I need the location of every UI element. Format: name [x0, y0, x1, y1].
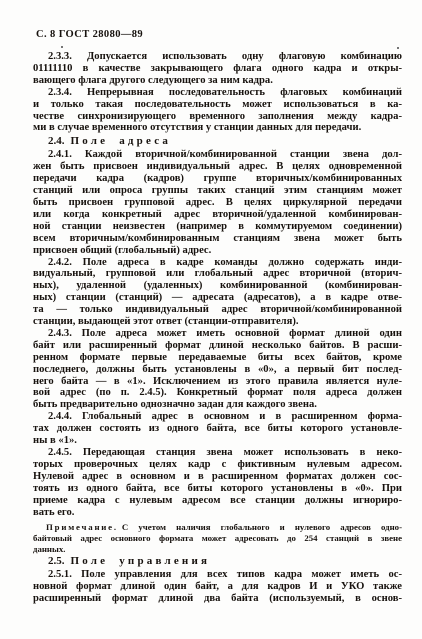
- note-line: данных.: [33, 544, 402, 555]
- body-line: 2.4.5. Передающая станция звена может ис…: [33, 447, 402, 459]
- document-body: 2.3.3. Допускается использовать одну фла…: [33, 51, 402, 605]
- paragraph: 2.3.4. Непрерывная последовательность фл…: [33, 87, 402, 135]
- body-line: быть предварительно однозначно задан для…: [33, 399, 402, 411]
- body-line: всем вторичным/комбинированным станциям …: [33, 233, 402, 245]
- note-line: Примечание.С учетом наличия глобального …: [33, 522, 402, 533]
- body-line: приеме кадра с нулевым адресом все станц…: [33, 495, 402, 507]
- note-label: Примечание.: [46, 522, 118, 532]
- section-heading: 2.5.Поле управления: [33, 555, 402, 568]
- section-number: 2.5.: [48, 555, 65, 567]
- paragraph: 2.4.4. Глобальный адрес в основном и в р…: [33, 411, 402, 447]
- body-line: новной формат длиной один байт, а для ка…: [33, 581, 402, 593]
- body-line: 01111110 в качестве закрывающего флага о…: [33, 63, 402, 75]
- scan-speck: [397, 47, 399, 49]
- section-title: Поле управления: [71, 555, 211, 567]
- body-line: 2.4.4. Глобальный адрес в основном и в р…: [33, 411, 402, 423]
- body-line: байт или расширенный формат длиной неско…: [33, 340, 402, 352]
- body-line: 2.5.1. Поле управления для всех типов ка…: [33, 569, 402, 581]
- body-line: ных), удаленной (удаленных) комбинирован…: [33, 280, 402, 292]
- body-line: тах должен состоять из одного байта, все…: [33, 423, 402, 435]
- note-line: байтовый адрес основного формата может а…: [33, 533, 402, 544]
- body-line: присвоен общий (глобальный) адрес.: [33, 245, 402, 257]
- body-line: него байта — в «1». Исключением из этого…: [33, 376, 402, 388]
- body-line: вать его.: [33, 507, 402, 519]
- body-line: передачи кадра (кадров) группе вторичных…: [33, 173, 402, 185]
- section-heading: 2.4.Поле адреса: [33, 135, 402, 148]
- body-line: ми в случае временного отсутствия у стан…: [33, 122, 402, 134]
- body-line: расширенный формат длиной два байта (исп…: [33, 593, 402, 605]
- paragraph: 2.4.3. Поле адреса может иметь основной …: [33, 328, 402, 411]
- body-line: видуальный, групповой или глобальный адр…: [33, 268, 402, 280]
- scan-speck: [61, 46, 63, 48]
- body-line: торых проверочных целях кадр с фиктивным…: [33, 459, 402, 471]
- body-line: жен быть присвоен индивидуальный адрес. …: [33, 161, 402, 173]
- paragraph: 2.4.2. Поле адреса в кадре команды должн…: [33, 257, 402, 328]
- section-number: 2.4.: [48, 135, 65, 147]
- body-line: тоять из одного байта, все биты которого…: [33, 483, 402, 495]
- document-page: С. 8 ГОСТ 28080—89 2.3.3. Допускается ис…: [0, 0, 422, 639]
- page-header: С. 8 ГОСТ 28080—89: [36, 29, 143, 40]
- body-line: честве синхронизирующего временного запо…: [33, 111, 402, 123]
- body-line: ны в «1».: [33, 435, 402, 447]
- body-line: последнего, должны быть установлены в «0…: [33, 364, 402, 376]
- paragraph: 2.4.5. Передающая станция звена может ис…: [33, 447, 402, 518]
- body-line: быть присвоен групповой адрес. В целях ц…: [33, 197, 402, 209]
- body-line: 2.4.3. Поле адреса может иметь основной …: [33, 328, 402, 340]
- body-line: 2.4.1. Каждой вторичной/комбинированной …: [33, 149, 402, 161]
- body-line: вающего флага другого следующего за ним …: [33, 75, 402, 87]
- note-paragraph: Примечание.С учетом наличия глобального …: [33, 522, 402, 554]
- body-line: и только такая последовательность может …: [33, 99, 402, 111]
- section-title: Поле адреса: [71, 135, 172, 147]
- body-line: 2.3.3. Допускается использовать одну фла…: [33, 51, 402, 63]
- body-line: вой адрес (по п. 2.4.5). Конкретный форм…: [33, 387, 402, 399]
- body-line: 2.3.4. Непрерывная последовательность фл…: [33, 87, 402, 99]
- body-line: та — только индивидуальный адрес вторичн…: [33, 304, 402, 316]
- paragraph: 2.3.3. Допускается использовать одну фла…: [33, 51, 402, 87]
- body-line: ренном формате первые передаваемые биты …: [33, 352, 402, 364]
- body-line: ной станции неизвестен (например в комму…: [33, 221, 402, 233]
- body-line: Нулевой адрес в основном и в расширенном…: [33, 471, 402, 483]
- body-line: станций или опроса группы таких станций …: [33, 185, 402, 197]
- body-line: или когда конкретный адрес вторичной/уда…: [33, 209, 402, 221]
- paragraph: 2.4.1. Каждой вторичной/комбинированной …: [33, 149, 402, 256]
- body-line: ных) станции (станций) — адресата (адрес…: [33, 292, 402, 304]
- body-line: 2.4.2. Поле адреса в кадре команды должн…: [33, 257, 402, 269]
- paragraph: 2.5.1. Поле управления для всех типов ка…: [33, 569, 402, 605]
- body-line: станции, выдающей этот ответ (станции-от…: [33, 316, 402, 328]
